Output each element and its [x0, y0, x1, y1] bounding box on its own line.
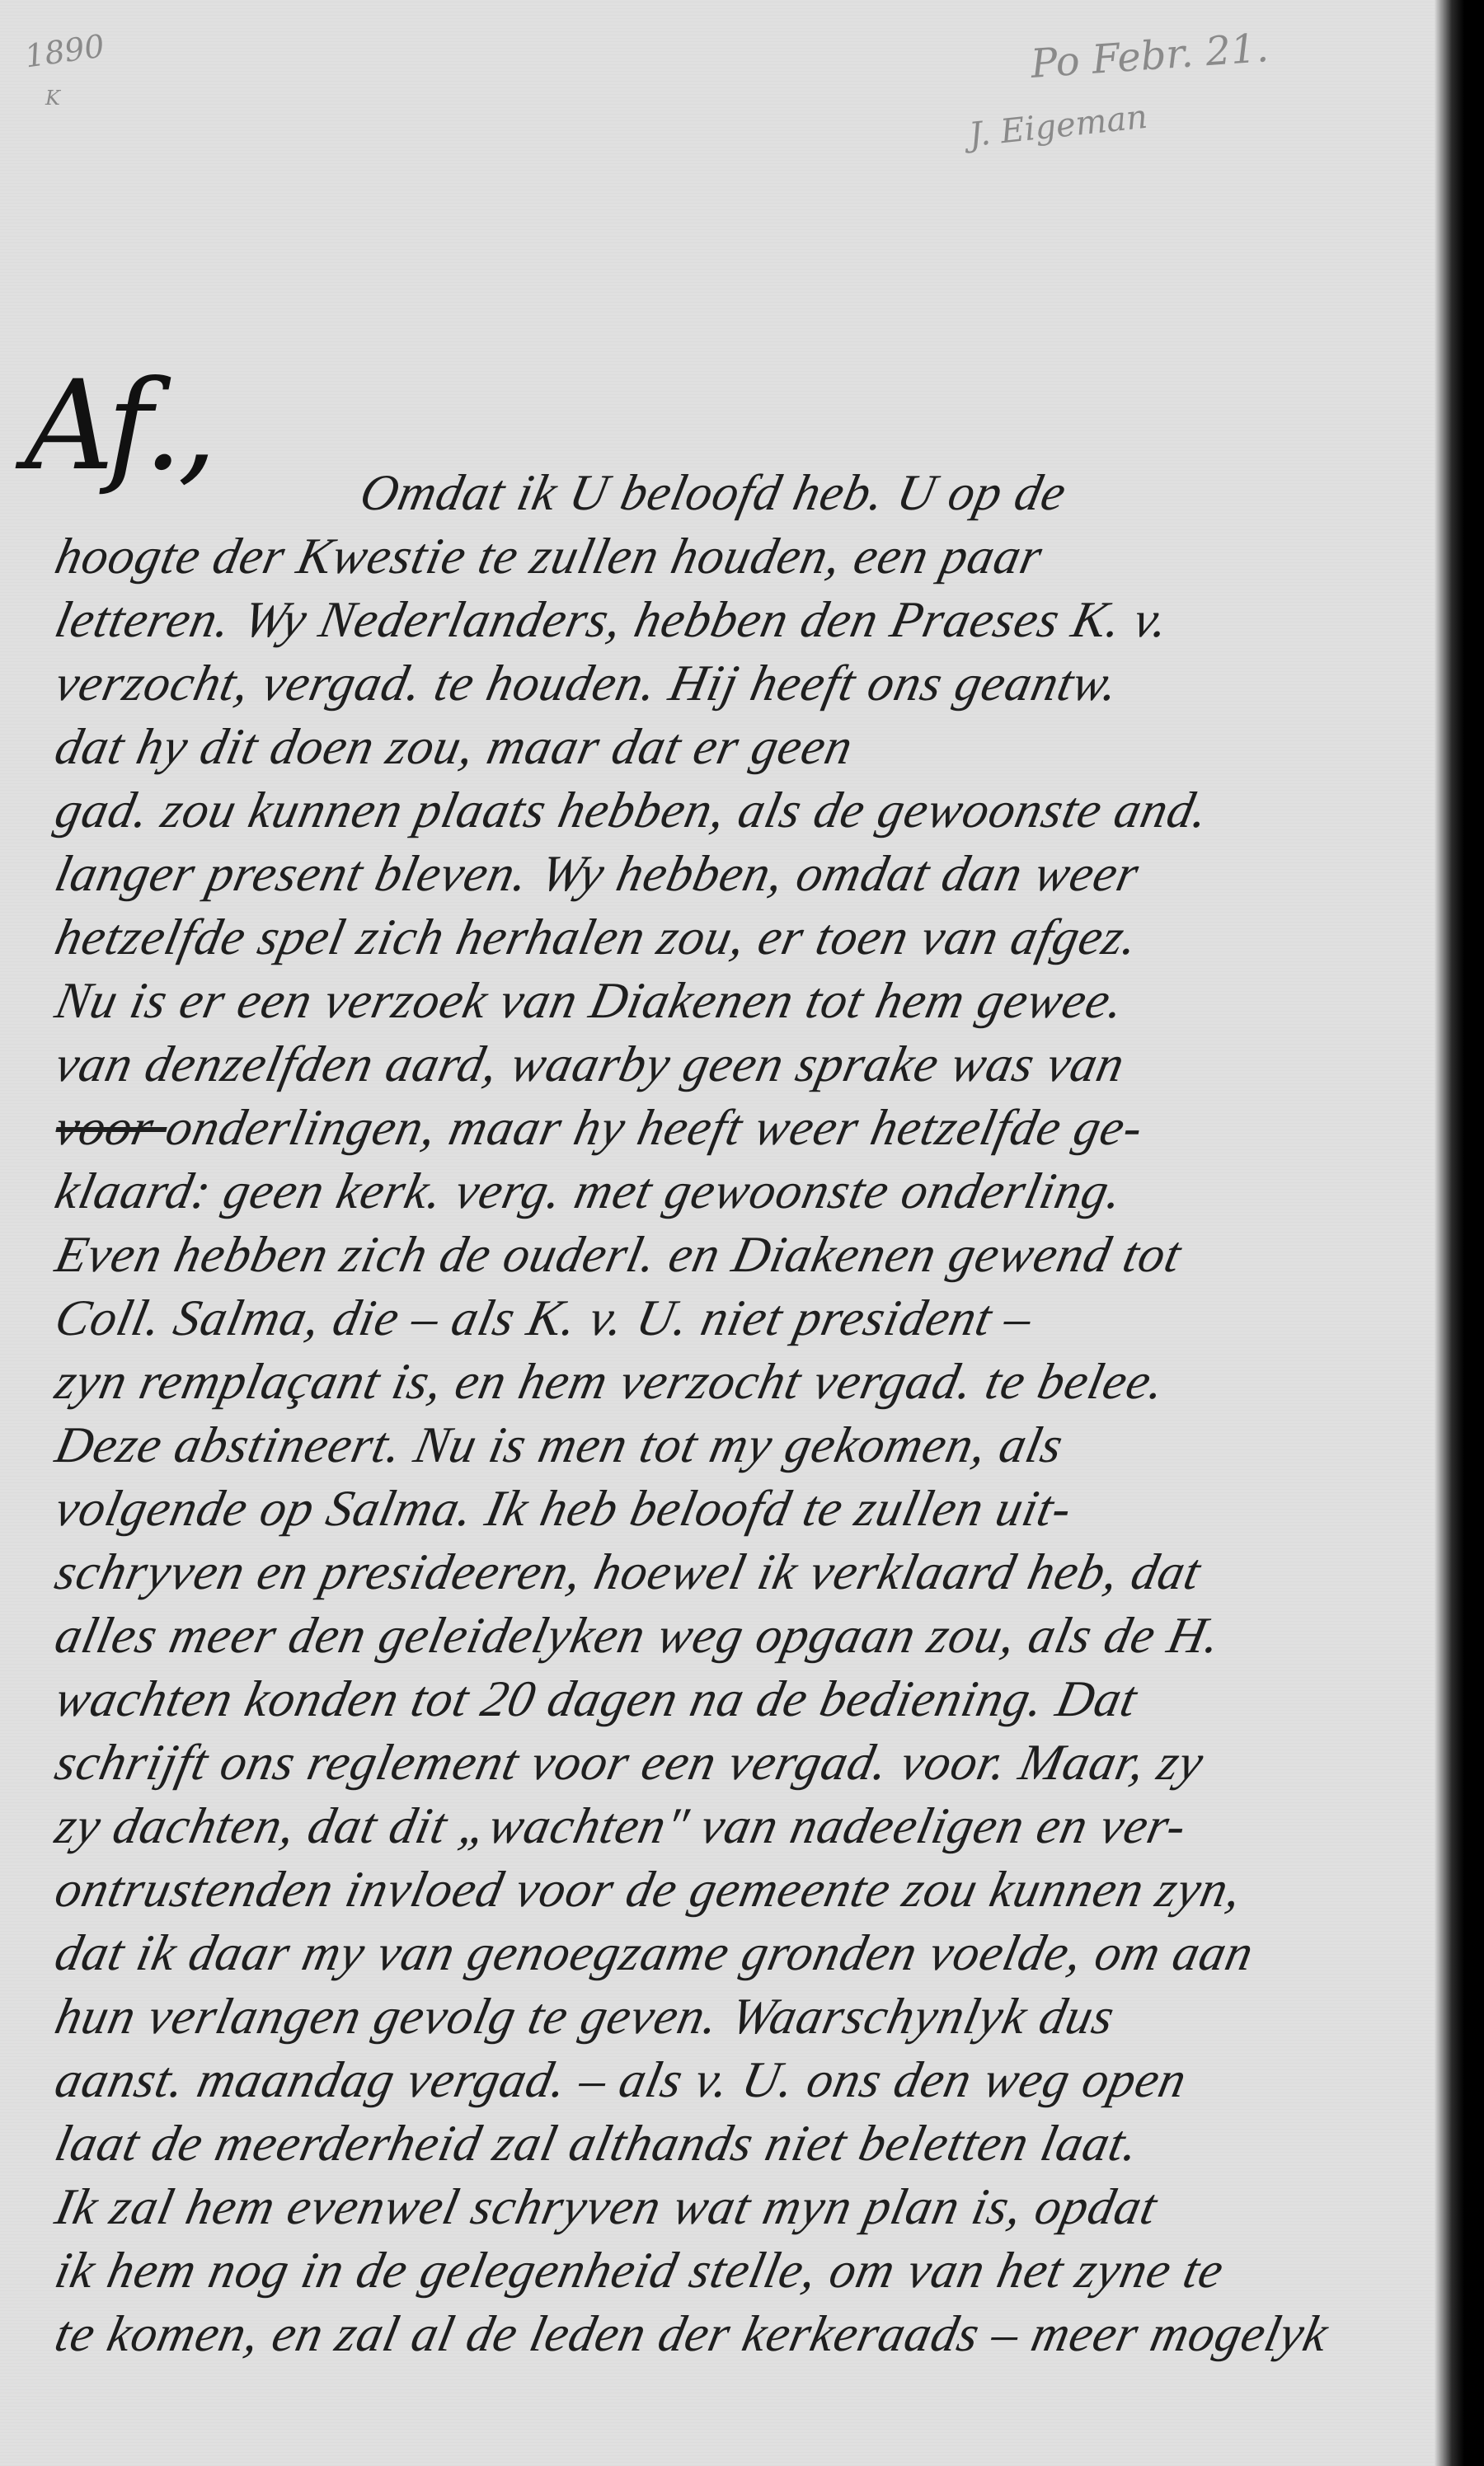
letter-line: voor onderlingen, maar hy heeft weer het… [49, 1097, 1448, 1160]
letter-line: Nu is er een verzoek van Diakenen tot he… [49, 970, 1448, 1033]
letter-line: te komen, en zal al de leden der kerkera… [49, 2303, 1448, 2366]
salutation: Af., [25, 355, 212, 498]
struck-word: voor [50, 1100, 173, 1156]
letter-line: hun verlangen gevolg te geven. Waarschyn… [49, 1985, 1448, 2049]
letter-line: schryven en presideeren, hoewel ik verkl… [49, 1541, 1448, 1604]
letter-line: ik hem nog in de gelegenheid stelle, om … [49, 2239, 1448, 2303]
archive-mark-note: K [45, 87, 60, 110]
letter-line: wachten konden tot 20 dagen na de bedien… [49, 1668, 1448, 1731]
date-note: Po Febr. 21. [1029, 25, 1270, 87]
letter-line: zyn remplaçant is, en hem verzocht verga… [49, 1350, 1448, 1414]
letter-page: 1890 K Po Febr. 21. J. Eigeman Af., Omda… [0, 0, 1435, 2466]
letter-line: dat ik daar my van genoegzame gronden vo… [49, 1922, 1448, 1985]
letter-line: Even hebben zich de ouderl. en Diakenen … [49, 1224, 1448, 1287]
letter-line: van denzelfden aard, waarby geen sprake … [49, 1033, 1448, 1097]
letter-line: schrijft ons reglement voor een vergad. … [49, 1731, 1448, 1795]
letter-line: laat de meerderheid zal althands niet be… [49, 2112, 1448, 2176]
letter-line: verzocht, vergad. te houden. Hij heeft o… [49, 652, 1448, 716]
letter-line: hetzelfde spel zich herhalen zou, er toe… [49, 906, 1448, 970]
letter-line: gad. zou kunnen plaats hebben, als de ge… [49, 779, 1448, 843]
letter-line: Omdat ik U beloofd heb. U op de [355, 462, 1464, 525]
letter-line: Deze abstineert. Nu is men tot my gekome… [49, 1414, 1448, 1477]
binding-shadow [1435, 0, 1484, 2466]
author-note: J. Eigeman [967, 98, 1149, 154]
letter-line: klaard: geen kerk. verg. met gewoonste o… [49, 1160, 1448, 1224]
letter-line: Ik zal hem evenwel schryven wat myn plan… [49, 2176, 1448, 2239]
letter-line: letteren. Wy Nederlanders, hebben den Pr… [49, 589, 1448, 652]
letter-line: hoogte der Kwestie te zullen houden, een… [49, 525, 1448, 589]
letter-lines: hoogte der Kwestie te zullen houden, een… [49, 525, 1435, 2366]
letter-line: ontrustenden invloed voor de gemeente zo… [49, 1858, 1448, 1922]
letter-line: Coll. Salma, die – als K. v. U. niet pre… [49, 1287, 1448, 1350]
letter-line: aanst. maandag vergad. – als v. U. ons d… [49, 2049, 1448, 2112]
letter-line: zy dachten, dat dit „wachten" van nadeel… [49, 1795, 1448, 1858]
letter-line: dat hy dit doen zou, maar dat er geen [49, 716, 1448, 779]
letter-line: langer present bleven. Wy hebben, omdat … [49, 843, 1448, 906]
letter-line: volgende op Salma. Ik heb beloofd te zul… [49, 1477, 1448, 1541]
letter-line: alles meer den geleidelyken weg opgaan z… [49, 1604, 1448, 1668]
archive-year-note: 1890 [22, 27, 106, 74]
